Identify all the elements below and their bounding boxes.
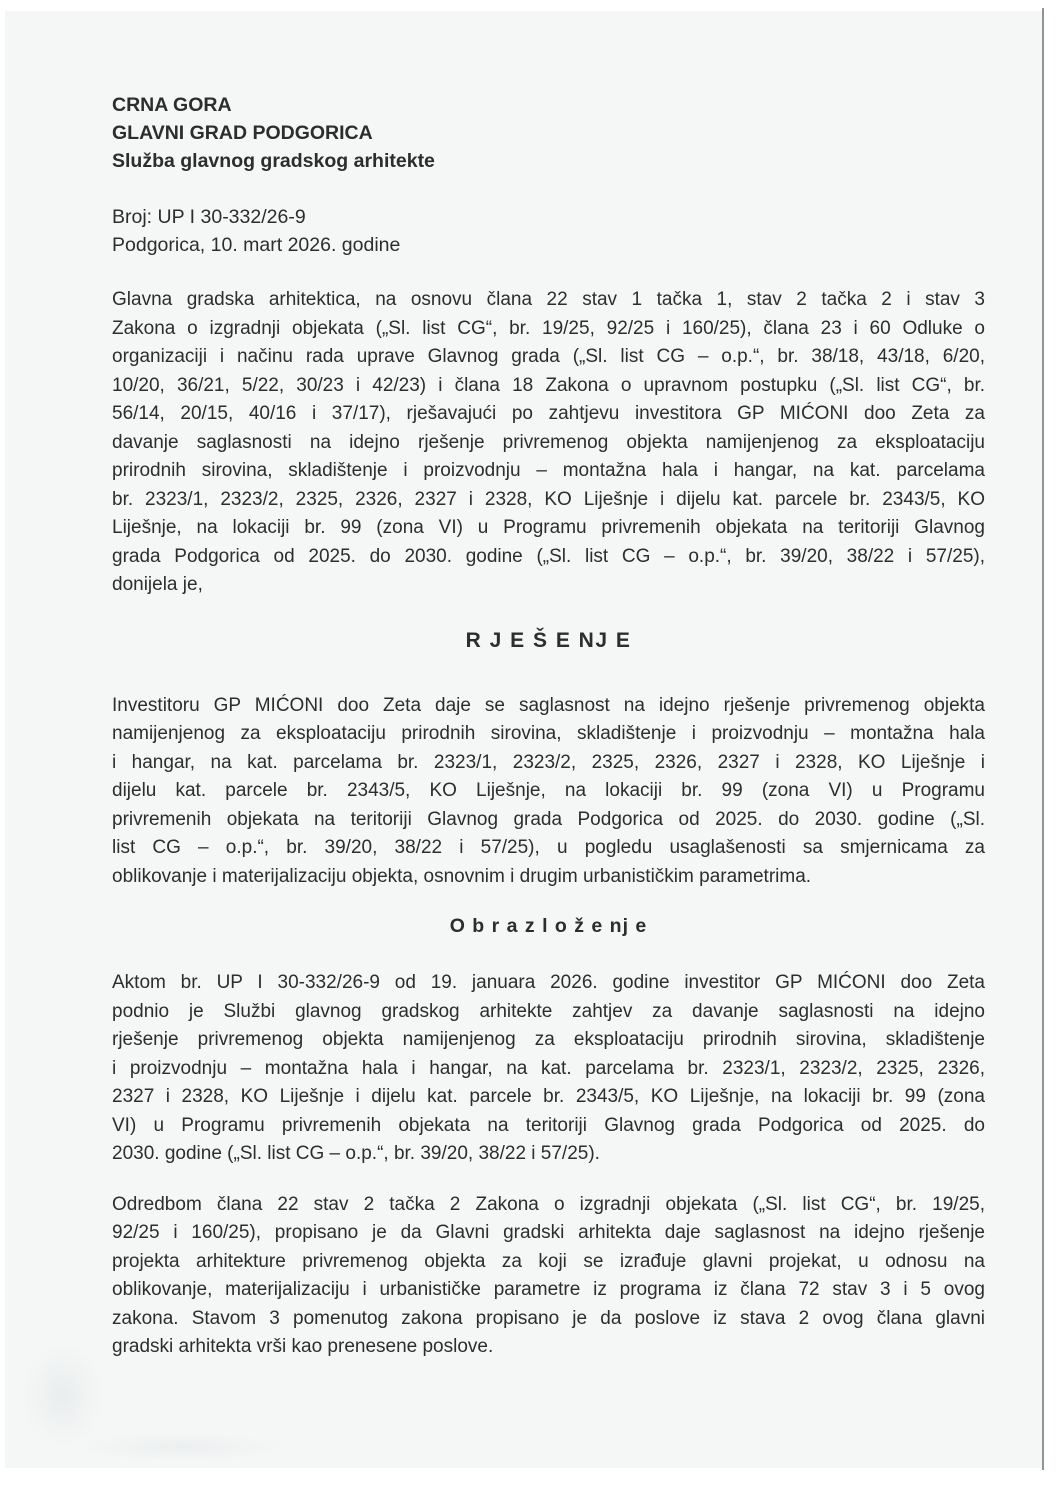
explanation-line: rješenje privremenog objekta namijenjeno…: [112, 1026, 985, 1055]
intro-line: organizaciji i načinu rada uprave Glavno…: [112, 343, 985, 372]
intro-line: br. 2323/1, 2323/2, 2325, 2326, 2327 i 2…: [112, 486, 985, 515]
document-number: Broj: UP I 30-332/26-9: [112, 203, 985, 231]
explanation-line: 2327 i 2328, KO Liješnje i dijelu kat. p…: [112, 1083, 985, 1112]
intro-line: 56/14, 20/15, 40/16 i 37/17), rješavajuć…: [112, 400, 985, 429]
intro-line: davanje saglasnosti na idejno rješenje p…: [112, 429, 985, 458]
intro-line: 10/20, 36/21, 5/22, 30/23 i 42/23) i čla…: [112, 372, 985, 401]
page-scan-edge: [1042, 8, 1044, 1470]
explanation-line: Aktom br. UP I 30-332/26-9 od 19. januar…: [112, 969, 985, 998]
intro-paragraph: Glavna gradska arhitektica, na osnovu čl…: [112, 286, 985, 600]
explanation-line: Odredbom člana 22 stav 2 tačka 2 Zakona …: [112, 1191, 985, 1220]
decision-line: i hangar, na kat. parcelama br. 2323/1, …: [112, 749, 985, 778]
decision-line: oblikovanje i materijalizaciju objekta, …: [112, 863, 985, 892]
explanation-heading: O b r a z l o ž e nj e: [112, 913, 985, 939]
explanation-line: gradski arhitekta vrši kao prenesene pos…: [112, 1333, 985, 1362]
letterhead: CRNA GORA GLAVNI GRAD PODGORICA Služba g…: [112, 91, 985, 175]
explanation-line: projekta arhitekture privremenog objekta…: [112, 1248, 985, 1277]
decision-line: list CG – o.p.“, br. 39/20, 38/22 i 57/2…: [112, 834, 985, 863]
scan-viewport: CRNA GORA GLAVNI GRAD PODGORICA Služba g…: [0, 0, 1060, 1495]
decision-line: namijenjenog za eksploataciju prirodnih …: [112, 720, 985, 749]
explanation-line: podnio je Službi glavnog gradskog arhite…: [112, 998, 985, 1027]
explanation-paragraph-1: Aktom br. UP I 30-332/26-9 od 19. januar…: [112, 969, 985, 1169]
explanation-line: zakona. Stavom 3 pomenutog zakona propis…: [112, 1305, 985, 1334]
decision-line: privremenih objekata na teritoriji Glavn…: [112, 806, 985, 835]
letterhead-office: Služba glavnog gradskog arhitekte: [112, 147, 985, 175]
intro-line: Zakona o izgradnji objekata („Sl. list C…: [112, 315, 985, 344]
document-meta: Broj: UP I 30-332/26-9 Podgorica, 10. ma…: [112, 203, 985, 259]
explanation-line: VI) u Programu privremenih objekata na t…: [112, 1112, 985, 1141]
document-date: Podgorica, 10. mart 2026. godine: [112, 231, 985, 259]
decision-paragraph: Investitoru GP MIĆONI doo Zeta daje se s…: [112, 692, 985, 892]
intro-line: donijela je,: [112, 571, 985, 600]
intro-line: Glavna gradska arhitektica, na osnovu čl…: [112, 286, 985, 315]
decision-line: dijelu kat. parcele br. 2343/5, KO Liješ…: [112, 777, 985, 806]
explanation-paragraph-2: Odredbom člana 22 stav 2 tačka 2 Zakona …: [112, 1191, 985, 1362]
paragraph-gap: [112, 1169, 985, 1191]
intro-line: Liješnje, na lokaciji br. 99 (zona VI) u…: [112, 514, 985, 543]
scanned-page: CRNA GORA GLAVNI GRAD PODGORICA Služba g…: [5, 11, 1042, 1468]
intro-line: grada Podgorica od 2025. do 2030. godine…: [112, 543, 985, 572]
explanation-line: 92/25 i 160/25), propisano je da Glavni …: [112, 1219, 985, 1248]
letterhead-city: GLAVNI GRAD PODGORICA: [112, 119, 985, 147]
resolution-heading: R J E Š E NJ E: [112, 628, 985, 654]
explanation-line: 2030. godine („Sl. list CG – o.p.“, br. …: [112, 1140, 985, 1169]
decision-line: Investitoru GP MIĆONI doo Zeta daje se s…: [112, 692, 985, 721]
intro-line: prirodnih sirovina, skladištenje i proiz…: [112, 457, 985, 486]
explanation-line: i proizvodnju – montažna hala i hangar, …: [112, 1055, 985, 1084]
letterhead-country: CRNA GORA: [112, 91, 985, 119]
explanation-line: oblikovanje, materijalizaciju i urbanist…: [112, 1276, 985, 1305]
document-content: CRNA GORA GLAVNI GRAD PODGORICA Služba g…: [112, 91, 985, 1362]
